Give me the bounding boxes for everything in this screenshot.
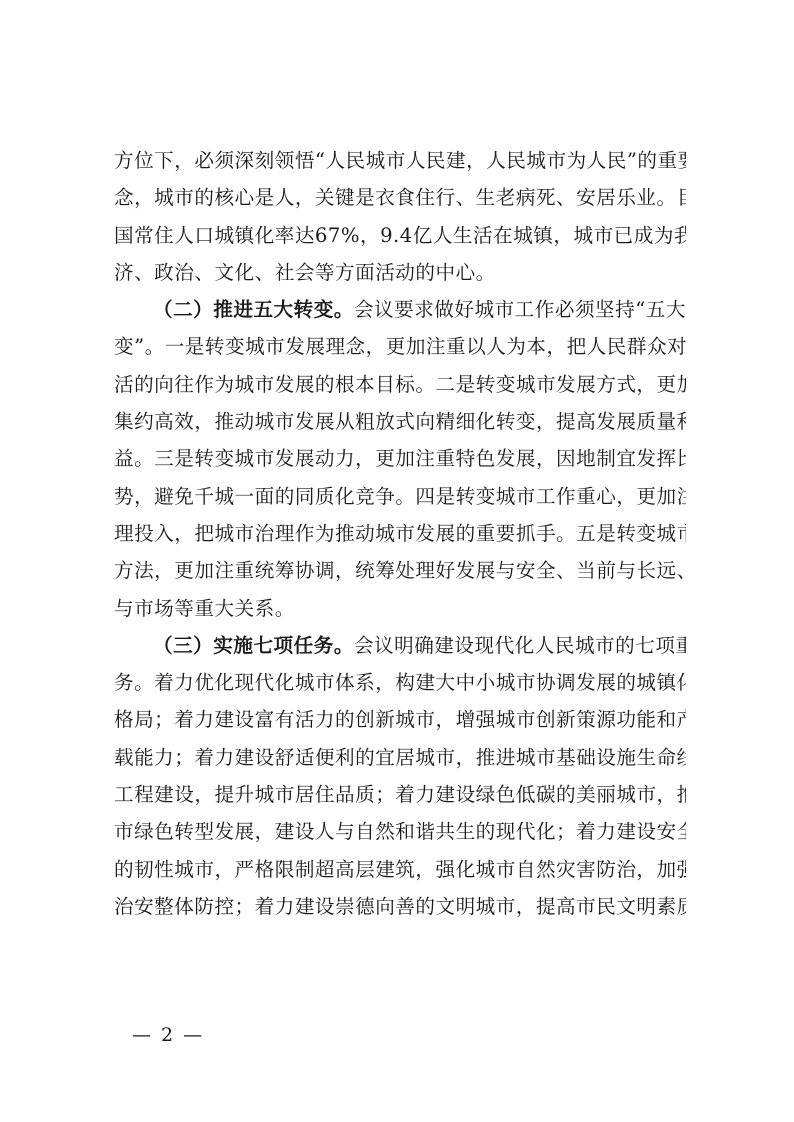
text-line: 治安整体防控；着力建设崇德向善的文明城市，提高市民文明素质和城	[114, 888, 686, 925]
text-span: 会议要求做好城市工作必须坚持“五大转	[354, 298, 686, 321]
document-page: 方位下，必须深刻领悟“人民城市人民建，人民城市为人民”的重要理 念，城市的核心是…	[0, 0, 794, 1122]
text-line: 格局；着力建设富有活力的创新城市，增强城市创新策源功能和产业承	[114, 701, 686, 738]
section-heading: （三）实施七项任务。	[153, 634, 354, 657]
text-line: 的韧性城市，严格限制超高层建筑，强化城市自然灾害防治，加强社会	[114, 851, 686, 888]
text-line: 活的向往作为城市发展的根本目标。二是转变城市发展方式，更加注重	[114, 366, 686, 403]
text-line: 变”。一是转变城市发展理念，更加注重以人为本，把人民群众对美好生	[114, 328, 686, 365]
section-heading-line: （三）实施七项任务。会议明确建设现代化人民城市的七项重点任	[114, 627, 686, 664]
text-span: 会议明确建设现代化人民城市的七项重点任	[354, 634, 686, 657]
text-line: 念，城市的核心是人，关键是衣食住行、生老病死、安居乐业。目前我	[114, 179, 686, 216]
text-line: 载能力；着力建设舒适便利的宜居城市，推进城市基础设施生命线安全	[114, 739, 686, 776]
text-line: 势，避免千城一面的同质化竞争。四是转变城市工作重心，更加注重治	[114, 478, 686, 515]
text-line: 国常住人口城镇化率达67%，9.4亿人生活在城镇，城市已成为我国经	[114, 217, 686, 254]
page-number: — 2 —	[132, 1024, 204, 1046]
text-line: 方法，更加注重统筹协调，统筹处理好发展与安全、当前与长远、政府	[114, 552, 686, 589]
section-heading: （二）推进五大转变。	[153, 298, 354, 321]
text-line: 益。三是转变城市发展动力，更加注重特色发展，因地制宜发挥比较优	[114, 440, 686, 477]
text-line: 方位下，必须深刻领悟“人民城市人民建，人民城市为人民”的重要理	[114, 142, 686, 179]
section-heading-line: （二）推进五大转变。会议要求做好城市工作必须坚持“五大转	[114, 291, 686, 328]
text-line: 理投入，把城市治理作为推动城市发展的重要抓手。五是转变城市工作	[114, 515, 686, 552]
text-line: 集约高效，推动城市发展从粗放式向精细化转变，提高发展质量和效	[114, 403, 686, 440]
text-line: 济、政治、文化、社会等方面活动的中心。	[114, 254, 686, 291]
text-line: 工程建设，提升城市居住品质；着力建设绿色低碳的美丽城市，推动城	[114, 776, 686, 813]
text-line: 与市场等重大关系。	[114, 590, 686, 627]
text-line: 务。着力优化现代化城市体系，构建大中小城市协调发展的城镇化空间	[114, 664, 686, 701]
body-text: 方位下，必须深刻领悟“人民城市人民建，人民城市为人民”的重要理 念，城市的核心是…	[114, 142, 686, 925]
text-line: 市绿色转型发展，建设人与自然和谐共生的现代化；着力建设安全可靠	[114, 813, 686, 850]
